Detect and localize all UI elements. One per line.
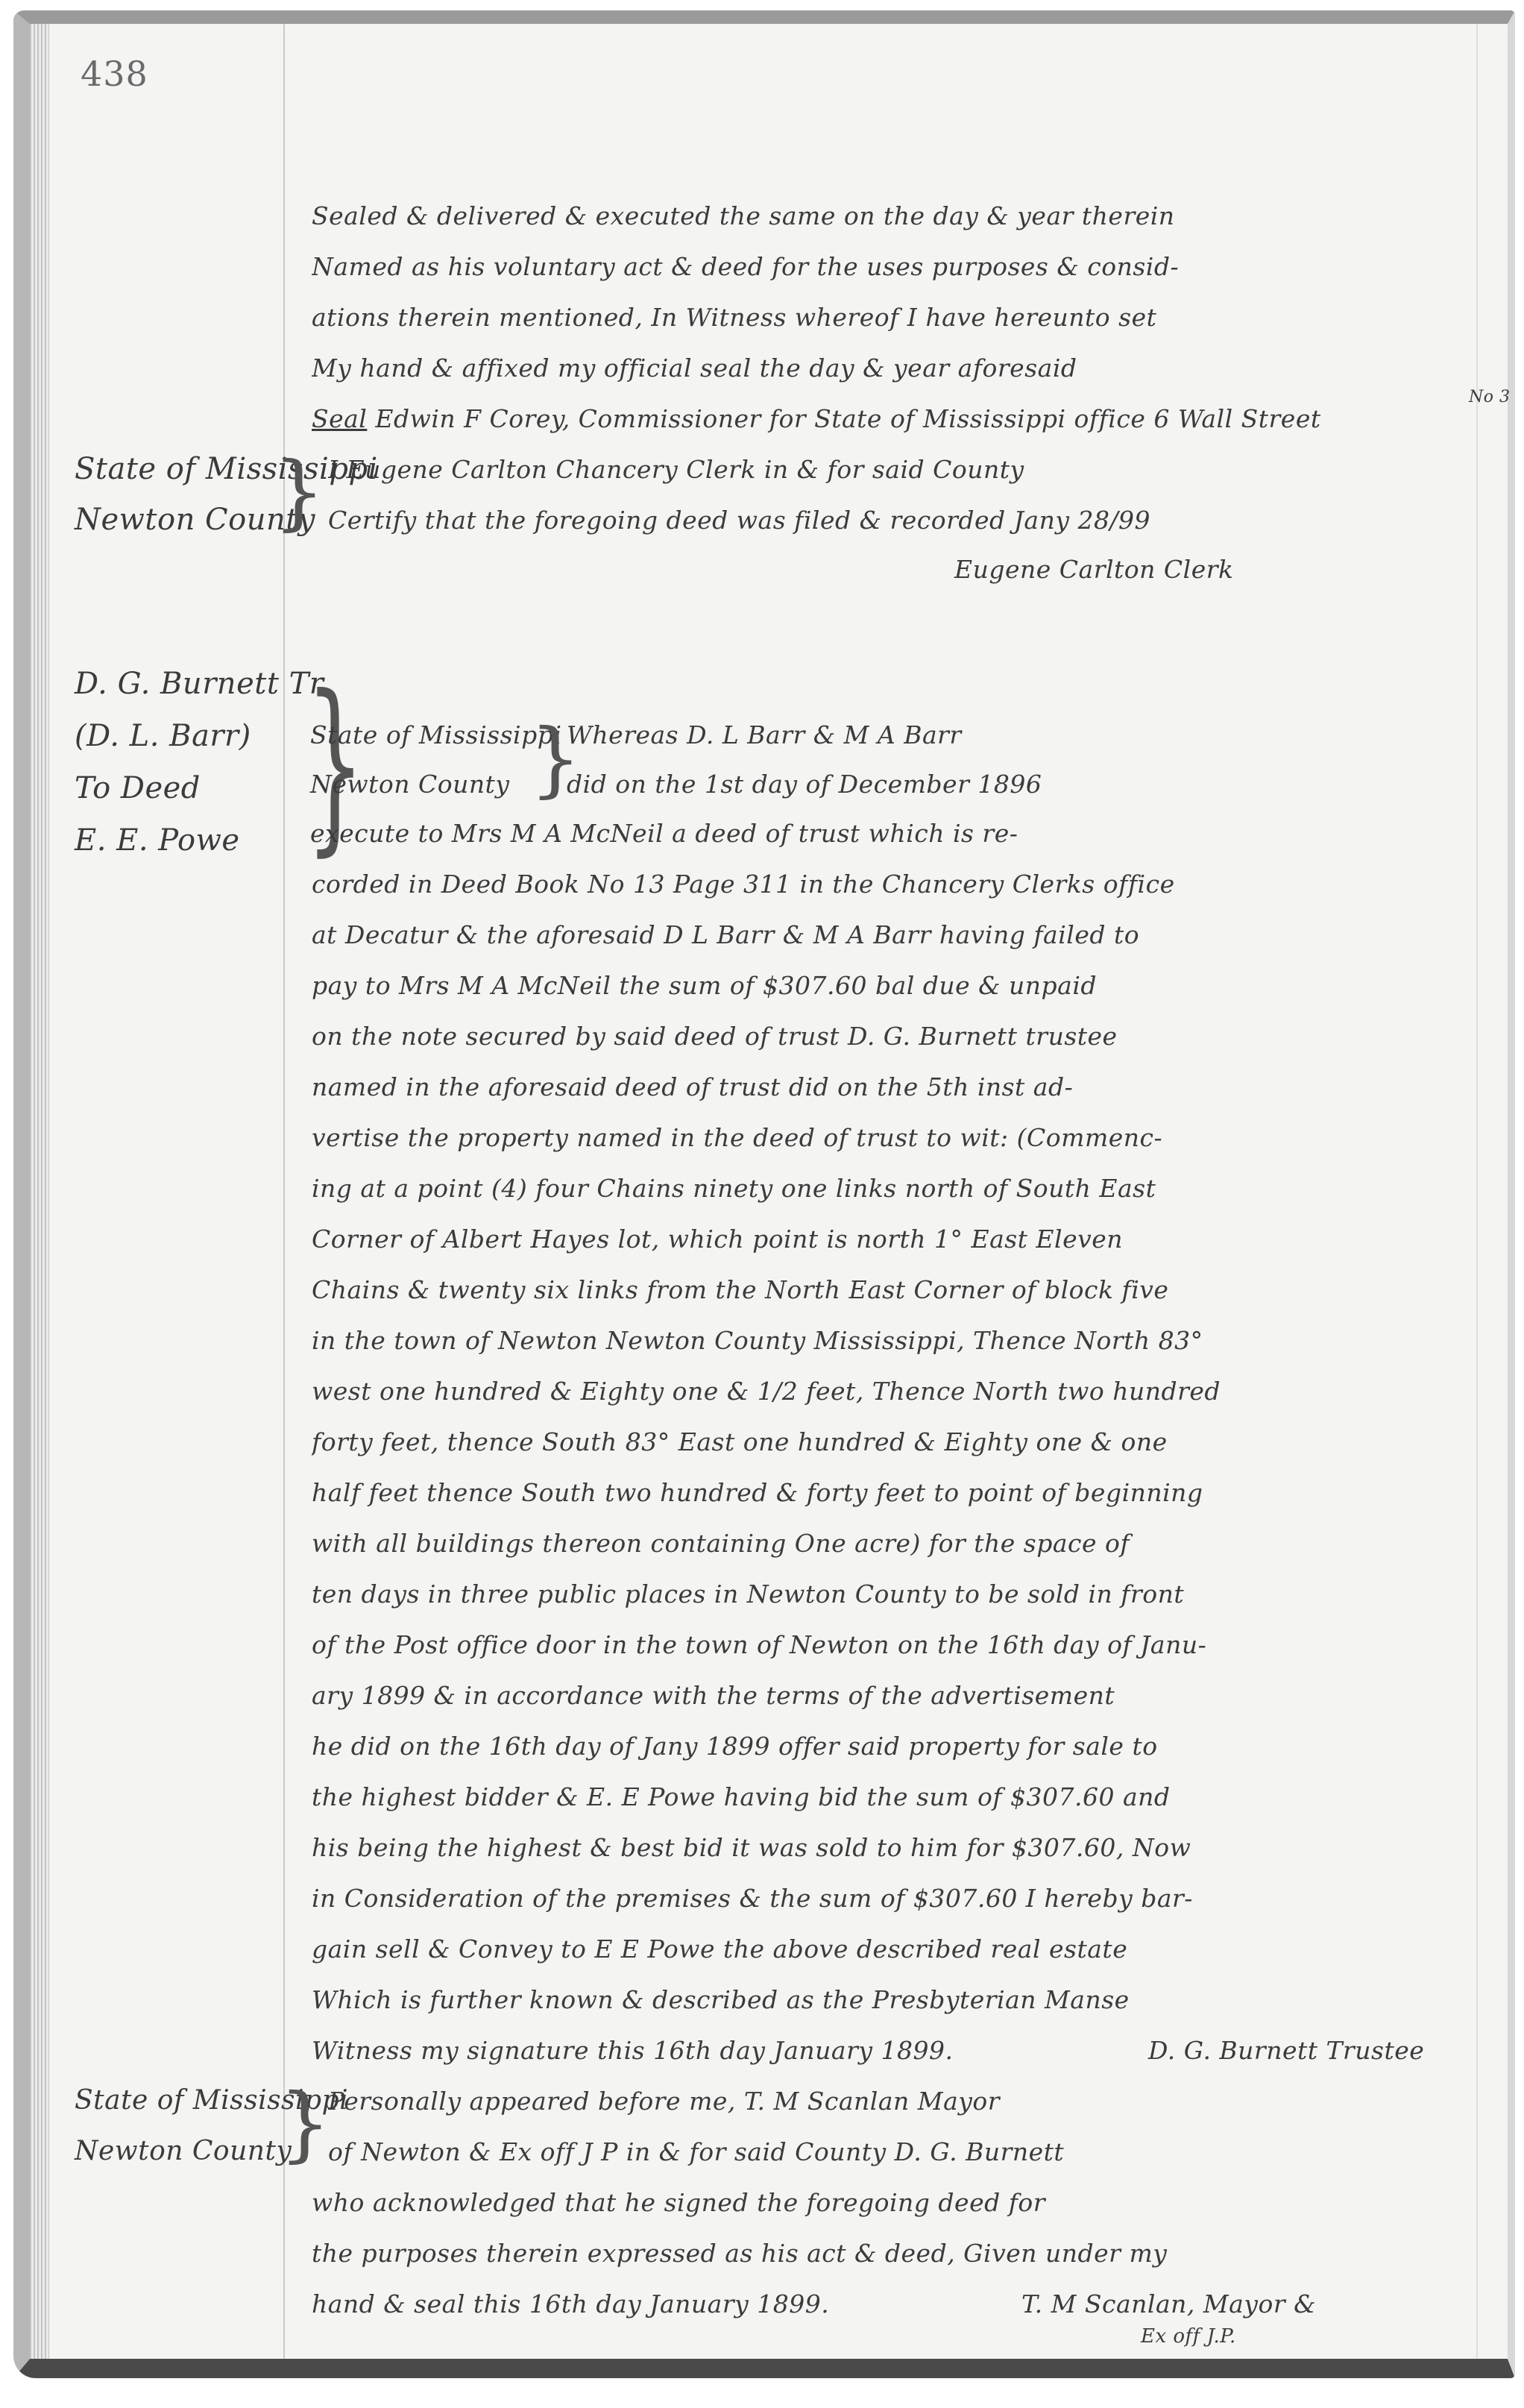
cert-line-2: Certify that the foregoing deed was file… — [328, 506, 1514, 535]
deed-line-22: the highest bidder & E. E Powe having bi… — [312, 1782, 1497, 1811]
deed-line-7: on the note secured by said deed of trus… — [312, 1022, 1497, 1051]
prev-entry-line-2: Named as his voluntary act & deed for th… — [312, 252, 1497, 281]
ack-line-3: who acknowledged that he signed the fore… — [312, 2188, 1497, 2217]
deed-line-16: half feet thence South two hundred & for… — [312, 1478, 1497, 1507]
party-deed-label: To Deed — [75, 771, 201, 805]
deed-line-13: in the town of Newton Newton County Miss… — [312, 1326, 1497, 1355]
mayor-title: Ex off J.P. — [1141, 2325, 1236, 2348]
deed-line-25: gain sell & Convey to E E Powe the above… — [312, 1934, 1497, 1964]
deed-line-17: with all buildings thereon containing On… — [312, 1529, 1497, 1558]
seal-label: Seal — [312, 404, 367, 433]
deed-line-23: his being the highest & best bid it was … — [312, 1833, 1497, 1862]
party-grantor: (D. L. Barr) — [75, 719, 251, 753]
deed-line-21: he did on the 16th day of Jany 1899 offe… — [312, 1732, 1497, 1761]
deed-line-18: ten days in three public places in Newto… — [312, 1579, 1497, 1609]
caption-state: State of Mississippi — [310, 720, 561, 749]
deed-line-15: forty feet, thence South 83° East one hu… — [312, 1427, 1497, 1456]
deed-line-9: vertise the property named in the deed o… — [312, 1123, 1497, 1152]
deed-line-14: west one hundred & Eighty one & 1/2 feet… — [312, 1377, 1497, 1406]
deed-line-8: named in the aforesaid deed of trust did… — [312, 1072, 1497, 1101]
deed-line-1: Whereas D. L Barr & M A Barr — [567, 720, 962, 749]
deed-line-11: Corner of Albert Hayes lot, which point … — [312, 1225, 1497, 1254]
caption-county: Newton County — [310, 770, 510, 799]
prev-entry-line-1: Sealed & delivered & executed the same o… — [312, 201, 1497, 230]
margin-rule — [283, 24, 285, 2359]
trustee-signature: D. G. Burnett Trustee — [1148, 2036, 1424, 2065]
deed-line-27: Witness my signature this 16th day Janua… — [312, 2036, 1057, 2065]
deed-line-19: of the Post office door in the town of N… — [312, 1630, 1497, 1659]
party-grantee: E. E. Powe — [75, 823, 240, 858]
ack-line-4: the purposes therein expressed as his ac… — [312, 2239, 1497, 2268]
ack-margin-county: Newton County — [75, 2136, 292, 2166]
deed-line-2: did on the 1st day of December 1896 — [567, 770, 1042, 799]
mayor-signature: T. M Scanlan, Mayor & — [1021, 2289, 1316, 2319]
deed-line-3: execute to Mrs M A McNeil a deed of trus… — [310, 819, 1018, 848]
deed-line-6: pay to Mrs M A McNeil the sum of $307.60… — [312, 971, 1497, 1000]
deed-line-4: corded in Deed Book No 13 Page 311 in th… — [312, 870, 1497, 899]
cert-brace: } — [273, 450, 325, 532]
ack-line-5: hand & seal this 16th day January 1899. — [312, 2289, 983, 2319]
prev-entry-line-3: ations therein mentioned, In Witness whe… — [312, 303, 1497, 332]
deed-line-26: Which is further known & described as th… — [312, 1985, 1497, 2014]
deed-line-12: Chains & twenty six links from the North… — [312, 1275, 1497, 1304]
page-number: 438 — [81, 54, 148, 94]
clerk-signature: Eugene Carlton Clerk — [954, 555, 1234, 584]
party-trustee: D. G. Burnett Tr — [75, 667, 324, 701]
deed-line-24: in Consideration of the premises & the s… — [312, 1884, 1497, 1913]
margin-marker: No 3 — [1469, 388, 1511, 406]
ack-line-1: Personally appeared before me, T. M Scan… — [328, 2087, 1514, 2116]
commissioner-signature: Edwin F Corey, Commissioner for State of… — [375, 404, 1320, 433]
prev-entry-line-4: My hand & affixed my official seal the d… — [312, 353, 1497, 383]
binding-edge — [30, 24, 49, 2359]
commissioner-line: Seal Edwin F Corey, Commissioner for Sta… — [312, 404, 1497, 433]
ledger-page: 438 Sealed & delivered & executed the sa… — [13, 10, 1515, 2378]
deed-line-20: ary 1899 & in accordance with the terms … — [312, 1681, 1497, 1710]
ack-brace: } — [279, 2082, 331, 2164]
ack-line-2: of Newton & Ex off J P in & for said Cou… — [328, 2137, 1514, 2166]
deed-line-5: at Decatur & the aforesaid D L Barr & M … — [312, 920, 1497, 949]
deed-line-10: ing at a point (4) four Chains ninety on… — [312, 1174, 1497, 1203]
cert-line-1: I Eugene Carlton Chancery Clerk in & for… — [328, 455, 1514, 484]
